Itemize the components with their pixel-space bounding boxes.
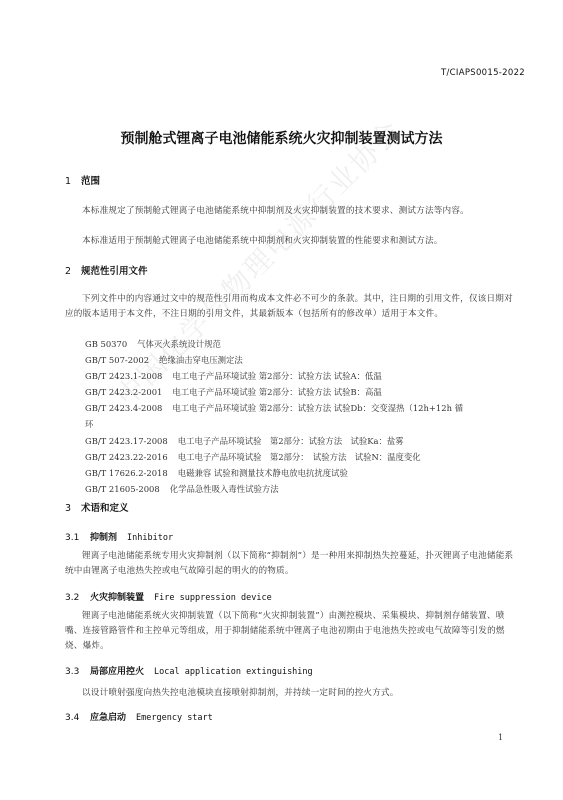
- term-3-1-heading: 3.1抑制剂Inhibitor: [65, 530, 173, 543]
- page-number: 1: [498, 733, 503, 742]
- scope-paragraph-2: 本标准适用于预制舱式锂离子电池储能系统中抑制剂和火灾抑制装置的性能要求和测试方法…: [65, 234, 520, 249]
- reference-item: GB/T 2423.22-2016电工电子产品环境试验 第2部分： 试验方法 试…: [85, 449, 525, 465]
- term-3-2-heading: 3.2火灾抑制装置Fire suppression device: [65, 590, 272, 603]
- reference-item: GB/T 21605-2008化学品急性吸入毒性试验方法: [85, 481, 525, 497]
- reference-item: GB/T 507-2002绝缘油击穿电压测定法: [85, 352, 525, 368]
- section-title: 范围: [81, 176, 100, 187]
- reference-item: GB/T 2423.2-2001电工电子产品环境试验 第2部分：试验方法 试验B…: [85, 384, 525, 400]
- normative-references-intro: 下列文件中的内容通过文中的规范性引用而构成本文件必不可少的条款。其中，注日期的引…: [65, 292, 520, 322]
- section-number: 2: [65, 266, 81, 277]
- term-3-3-heading: 3.3局部应用控火Local application extinguishing: [65, 664, 313, 677]
- reference-item-continuation: 环: [85, 416, 525, 432]
- section-1-heading: 1范围: [65, 173, 100, 187]
- section-title: 规范性引用文件: [81, 266, 148, 277]
- section-2-heading: 2规范性引用文件: [65, 263, 148, 277]
- scope-paragraph-1: 本标准规定了预制舱式锂离子电池储能系统中抑制剂及火灾抑制装置的技术要求、测试方法…: [65, 204, 520, 219]
- reference-item: GB/T 2423.17-2008电工电子产品环境试验 第2部分：试验方法 试验…: [85, 433, 525, 449]
- term-3-3-definition: 以设计喷射强度向热失控电池模块直接喷射抑制剂，并持续一定时间的控火方式。: [65, 686, 520, 701]
- section-title: 术语和定义: [81, 503, 129, 514]
- reference-item: GB/T 2423.1-2008电工电子产品环境试验 第2部分：试验方法 试验A…: [85, 368, 525, 384]
- section-number: 1: [65, 176, 81, 187]
- section-3-heading: 3术语和定义: [65, 500, 129, 514]
- standard-code: T/CIAPS0015-2022: [441, 68, 525, 78]
- document-page: 中国化学与物理电源行业协会 T/CIAPS0015-2022 预制舱式锂离子电池…: [0, 0, 563, 800]
- term-3-4-heading: 3.4应急启动Emergency start: [65, 710, 213, 723]
- term-3-2-definition: 锂离子电池储能系统火灾抑制装置（以下简称“火灾抑制装置”）由测控模块、采集模块、…: [65, 609, 520, 654]
- section-number: 3: [65, 503, 81, 514]
- reference-item: GB 50370气体灭火系统设计规范: [85, 336, 525, 352]
- reference-item: GB/T 2423.4-2008电工电子产品环境试验 第2部分：试验方法 试验D…: [85, 400, 525, 416]
- reference-item: GB/T 17626.2-2018电磁兼容 试验和测量技术静电放电抗扰度试验: [85, 465, 525, 481]
- term-3-1-definition: 锂离子电池储能系统专用火灾抑制剂（以下简称“抑制剂”）是一种用来抑制热失控蔓延，…: [65, 549, 520, 579]
- reference-list: GB 50370气体灭火系统设计规范 GB/T 507-2002绝缘油击穿电压测…: [85, 336, 525, 497]
- document-title: 预制舱式锂离子电池储能系统火灾抑制装置测试方法: [0, 128, 563, 148]
